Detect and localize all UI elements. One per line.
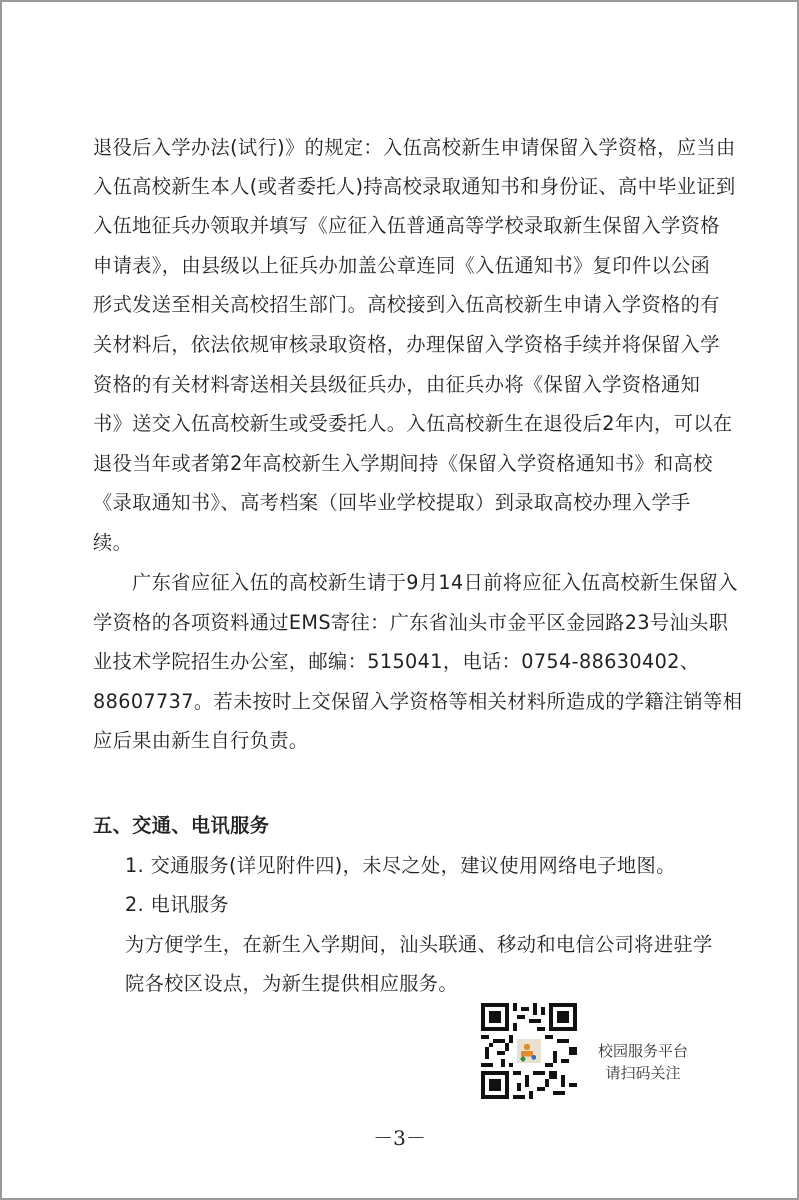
paragraph-line: 业技术学院招生办公室，邮编：515041，电话：0754-88630402、: [93, 652, 699, 671]
paragraph-line: 续。: [93, 533, 132, 552]
qr-caption-line-1: 校园服务平台: [598, 1040, 688, 1062]
list-item-telecom: 2. 电讯服务: [125, 895, 229, 914]
qr-caption-line-2: 请扫码关注: [598, 1062, 688, 1084]
paragraph-line: 入伍高校新生本人(或者委托人)持高校录取通知书和身份证、高中毕业证到: [93, 177, 736, 196]
qr-code-icon: [481, 1002, 577, 1100]
paragraph-line: 形式发送至相关高校招生部门。高校接到入伍高校新生申请入学资格的有: [93, 295, 720, 314]
paragraph-line: 申请表》，由县级以上征兵办加盖公章连同《入伍通知书》复印件以公函: [93, 256, 710, 275]
paragraph-line: 《录取通知书》、高考档案（回毕业学校提取）到录取高校办理入学手: [93, 493, 691, 512]
paragraph-line: 关材料后，依法依规审核录取资格，办理保留入学资格手续并将保留入学: [93, 335, 720, 354]
paragraph-line: 广东省应征入伍的高校新生请于9月14日前将应征入伍高校新生保留入: [132, 573, 738, 592]
paragraph-line: 88607737。若未按时上交保留入学资格等相关材料所造成的学籍注销等相: [93, 692, 742, 711]
paragraph-line: 书》送交入伍高校新生或受委托人。入伍高校新生在退役后2年内，可以在: [93, 414, 732, 433]
paragraph-line: 应后果由新生自行负责。: [93, 731, 308, 750]
paragraph-line: 资格的有关材料寄送相关县级征兵办，由征兵办将《保留入学资格通知: [93, 375, 700, 394]
page-number: －3－: [0, 1122, 799, 1151]
qr-caption: 校园服务平台 请扫码关注: [598, 1040, 688, 1084]
paragraph-line: 为方便学生，在新生入学期间，汕头联通、移动和电信公司将进驻学: [125, 935, 713, 954]
paragraph-line: 入伍地征兵办领取并填写《应征入伍普通高等学校录取新生保留入学资格: [93, 216, 720, 235]
paragraph-line: 院各校区设点，为新生提供相应服务。: [125, 974, 458, 993]
paragraph-line: 学资格的各项资料通过EMS寄往：广东省汕头市金平区金园路23号汕头职: [93, 613, 728, 632]
paragraph-line: 退役后入学办法(试行)》的规定：入伍高校新生申请保留入学资格，应当由: [93, 138, 736, 157]
section-heading: 五、交通、电讯服务: [93, 816, 269, 835]
list-item-transport: 1. 交通服务(详见附件四)，未尽之处，建议使用网络电子地图。: [125, 856, 676, 875]
paragraph-line: 退役当年或者第2年高校新生入学期间持《保留入学资格通知书》和高校: [93, 454, 713, 473]
